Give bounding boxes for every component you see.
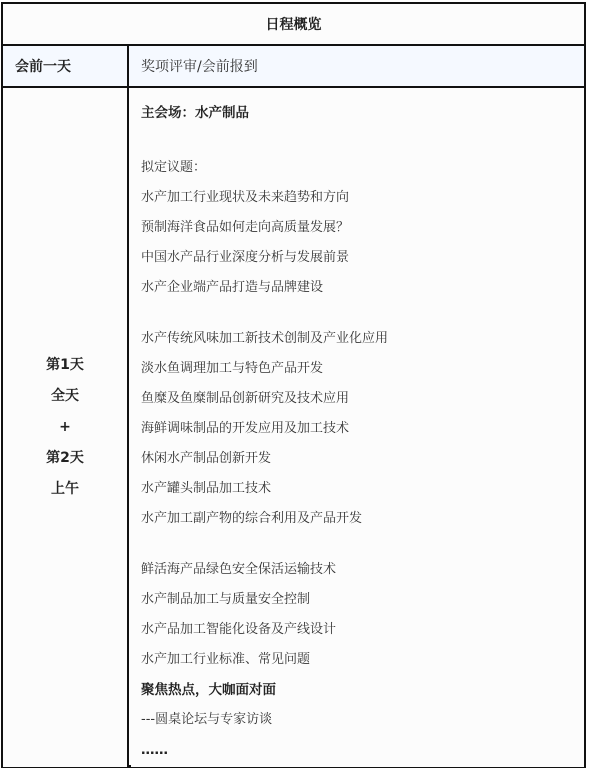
topics-heading: 拟定议题：	[141, 153, 584, 183]
spacer	[141, 128, 584, 153]
day-label-line: 上午	[51, 474, 79, 505]
spacer	[141, 303, 584, 324]
venue-heading: 主会场：水产制品	[141, 98, 584, 128]
day-label-line: 全天	[51, 381, 79, 412]
topic-item: 鱼糜及鱼糜制品创新研究及技术应用	[141, 384, 584, 414]
highlight-heading: 聚焦热点，大咖面对面	[141, 675, 584, 705]
topic-item: 中国水产品行业深度分析与发展前景	[141, 243, 584, 273]
day-label-line: 第1天	[46, 350, 84, 381]
day-label-line: +	[59, 412, 71, 443]
topic-item: 水产品加工智能化设备及产线设计	[141, 615, 584, 645]
day-label-line: 第2天	[46, 443, 84, 474]
topic-item: 淡水鱼调理加工与特色产品开发	[141, 354, 584, 384]
pre-day-row: 会前一天 奖项评审/会前报到	[3, 46, 584, 88]
pre-day-label: 会前一天	[3, 46, 129, 86]
main-day-row: 第1天 全天 + 第2天 上午 主会场：水产制品 拟定议题： 水产加工行业现状及…	[3, 88, 584, 768]
topic-item: 水产罐头制品加工技术	[141, 474, 584, 504]
spacer	[141, 534, 584, 555]
topic-item: 水产加工行业现状及未来趋势和方向	[141, 183, 584, 213]
topic-item: 鲜活海产品绿色安全保活运输技术	[141, 555, 584, 585]
roundtable-item: ---圆桌论坛与专家访谈	[141, 705, 584, 735]
table-title: 日程概览	[266, 14, 322, 34]
topic-item: 水产制品加工与质量安全控制	[141, 585, 584, 615]
topic-item: 海鲜调味制品的开发应用及加工技术	[141, 414, 584, 444]
main-day-content: 主会场：水产制品 拟定议题： 水产加工行业现状及未来趋势和方向 预制海洋食品如何…	[129, 88, 584, 767]
main-day-label: 第1天 全天 + 第2天 上午	[3, 88, 129, 767]
schedule-table: 日程概览 会前一天 奖项评审/会前报到 第1天 全天 + 第2天 上午 主会场：…	[1, 2, 586, 768]
topic-item: 水产加工副产物的综合利用及产品开发	[141, 504, 584, 534]
topic-item: 预制海洋食品如何走向高质量发展？	[141, 213, 584, 243]
topic-item: 水产传统风味加工新技术创制及产业化应用	[141, 324, 584, 354]
topic-item: 休闲水产制品创新开发	[141, 444, 584, 474]
table-title-row: 日程概览	[3, 4, 584, 46]
pre-day-content: 奖项评审/会前报到	[129, 46, 584, 86]
ellipsis: ……	[141, 735, 584, 765]
topic-item: 水产企业端产品打造与品牌建设	[141, 273, 584, 303]
topic-item: 水产加工行业标准、常见问题	[141, 645, 584, 675]
